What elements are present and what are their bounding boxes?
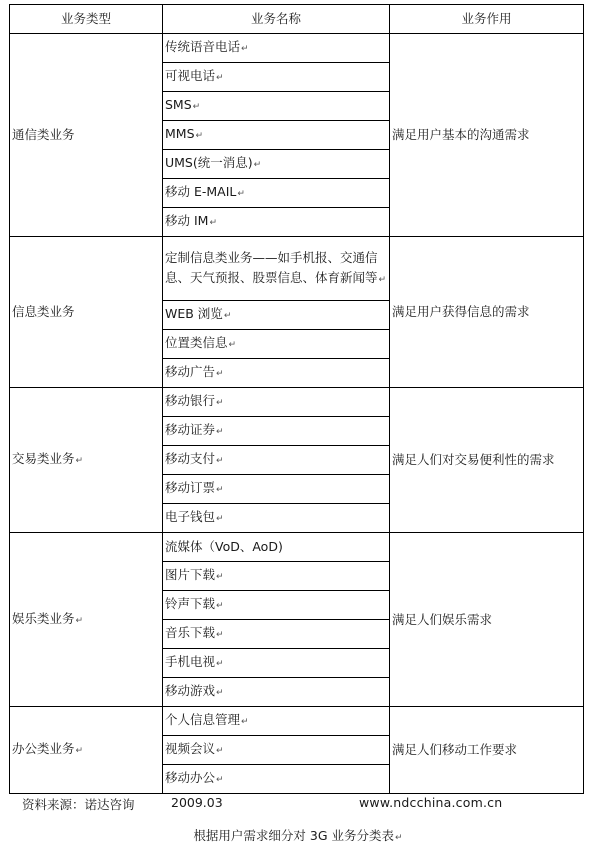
name-cell: 移动办公↵ <box>163 765 390 794</box>
name-cell: 移动证券↵ <box>163 417 390 446</box>
paragraph-mark-icon: ↵ <box>196 131 204 141</box>
table-row: 娱乐类业务↵ 流媒体（VoD、AoD) 满足人们娱乐需求 <box>10 533 584 562</box>
purpose-cell: 满足人们移动工作要求 <box>390 707 584 794</box>
paragraph-mark-icon: ↵ <box>216 427 224 437</box>
paragraph-mark-icon: ↵ <box>229 340 237 350</box>
paragraph-mark-icon: ↵ <box>216 398 224 408</box>
purpose-cell: 满足用户基本的沟通需求 <box>390 34 584 237</box>
paragraph-mark-icon: ↵ <box>216 746 224 756</box>
table-caption: 根据用户需求细分对 3G 业务分类表↵ <box>0 826 596 844</box>
paragraph-mark-icon: ↵ <box>254 160 262 170</box>
name-cell: 音乐下载↵ <box>163 620 390 649</box>
paragraph-mark-icon: ↵ <box>237 189 245 199</box>
table-row: 通信类业务 传统语音电话↵ 满足用户基本的沟通需求 <box>10 34 584 63</box>
paragraph-mark-icon: ↵ <box>241 44 249 54</box>
source-url: www.ndcchina.com.cn <box>359 795 502 810</box>
paragraph-mark-icon: ↵ <box>216 775 224 785</box>
name-cell: 移动 E-MAIL↵ <box>163 179 390 208</box>
type-cell: 娱乐类业务↵ <box>10 533 163 707</box>
paragraph-mark-icon: ↵ <box>209 218 217 228</box>
paragraph-mark-icon: ↵ <box>76 746 84 756</box>
paragraph-mark-icon: ↵ <box>216 73 224 83</box>
name-cell: MMS↵ <box>163 121 390 150</box>
paragraph-mark-icon: ↵ <box>216 630 224 640</box>
type-cell: 交易类业务↵ <box>10 388 163 533</box>
paragraph-mark-icon: ↵ <box>241 717 249 727</box>
business-classification-table: 业务类型 业务名称 业务作用 通信类业务 传统语音电话↵ 满足用户基本的沟通需求… <box>9 4 584 794</box>
name-cell: 流媒体（VoD、AoD) <box>163 533 390 562</box>
paragraph-mark-icon: ↵ <box>216 572 224 582</box>
name-cell: 图片下载↵ <box>163 562 390 591</box>
paragraph-mark-icon: ↵ <box>395 833 403 843</box>
paragraph-mark-icon: ↵ <box>216 369 224 379</box>
name-cell: 移动 IM↵ <box>163 208 390 237</box>
source-label: 资料来源：诺达咨询 <box>22 795 135 813</box>
table-row: 信息类业务 定制信息类业务——如手机报、交通信息、天气预报、股票信息、体育新闻等… <box>10 237 584 301</box>
name-cell: 位置类信息↵ <box>163 330 390 359</box>
name-cell: 个人信息管理↵ <box>163 707 390 736</box>
paragraph-mark-icon: ↵ <box>216 456 224 466</box>
name-cell: 可视电话↵ <box>163 63 390 92</box>
name-cell: 铃声下载↵ <box>163 591 390 620</box>
source-date: 2009.03 <box>171 795 223 810</box>
name-cell: 手机电视↵ <box>163 649 390 678</box>
paragraph-mark-icon: ↵ <box>216 659 224 669</box>
name-cell: 电子钱包↵ <box>163 504 390 533</box>
paragraph-mark-icon: ↵ <box>224 311 232 321</box>
paragraph-mark-icon: ↵ <box>76 456 84 466</box>
name-cell: 定制信息类业务——如手机报、交通信息、天气预报、股票信息、体育新闻等↵ <box>163 237 390 301</box>
type-cell: 办公类业务↵ <box>10 707 163 794</box>
name-cell: SMS↵ <box>163 92 390 121</box>
table-row: 交易类业务↵ 移动银行↵ 满足人们对交易便利性的需求 <box>10 388 584 417</box>
paragraph-mark-icon: ↵ <box>76 616 84 626</box>
name-cell: 移动银行↵ <box>163 388 390 417</box>
purpose-cell: 满足人们对交易便利性的需求 <box>390 388 584 533</box>
header-type: 业务类型 <box>10 5 163 34</box>
paragraph-mark-icon: ↵ <box>379 275 387 285</box>
purpose-cell: 满足人们娱乐需求 <box>390 533 584 707</box>
name-cell: 视频会议↵ <box>163 736 390 765</box>
paragraph-mark-icon: ↵ <box>216 688 224 698</box>
name-cell: 移动广告↵ <box>163 359 390 388</box>
name-cell: WEB 浏览↵ <box>163 301 390 330</box>
header-purpose: 业务作用 <box>390 5 584 34</box>
type-cell: 通信类业务 <box>10 34 163 237</box>
paragraph-mark-icon: ↵ <box>216 601 224 611</box>
name-cell: 移动游戏↵ <box>163 678 390 707</box>
name-cell: UMS(统一消息)↵ <box>163 150 390 179</box>
table-row: 办公类业务↵ 个人信息管理↵ 满足人们移动工作要求 <box>10 707 584 736</box>
header-name: 业务名称 <box>163 5 390 34</box>
name-cell: 传统语音电话↵ <box>163 34 390 63</box>
name-cell: 移动支付↵ <box>163 446 390 475</box>
name-cell: 移动订票↵ <box>163 475 390 504</box>
paragraph-mark-icon: ↵ <box>216 485 224 495</box>
header-row: 业务类型 业务名称 业务作用 <box>10 5 584 34</box>
type-cell: 信息类业务 <box>10 237 163 388</box>
paragraph-mark-icon: ↵ <box>216 514 224 524</box>
purpose-cell: 满足用户获得信息的需求 <box>390 237 584 388</box>
paragraph-mark-icon: ↵ <box>193 102 201 112</box>
